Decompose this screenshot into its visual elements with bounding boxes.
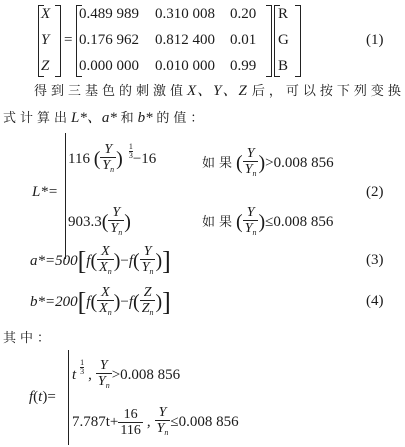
case-2: 7.787t+16116,YYn≤0.008 856	[72, 405, 239, 440]
matrix-cell: 0.000 000	[79, 58, 139, 75]
equation-number: (1)	[366, 32, 384, 49]
matrix-cell: 0.812 400	[155, 32, 215, 49]
matrix-cell: 0.310 008	[155, 6, 215, 23]
equals-sign: =	[64, 32, 72, 49]
equation-3: a*=500[f(XXn)−f(YYn)]	[30, 244, 171, 279]
where-label: 其中：	[3, 327, 54, 346]
f-t-lhs: ff(t)=(t)=	[29, 389, 56, 406]
matrix-right-bracket	[266, 5, 272, 77]
case-1-condition: 如果(YYn)>0.008 856	[202, 146, 334, 181]
matrix-cell: 0.01	[230, 32, 256, 49]
equation-4: b*=200[f(XXn)−f(ZZn)]	[30, 285, 171, 320]
case-1: t13,YYn>0.008 856	[72, 358, 180, 393]
vector-y: Y	[41, 32, 49, 49]
vector-b: B	[278, 58, 288, 75]
l-star-lhs: L*=	[32, 184, 58, 201]
equation-number: (2)	[366, 184, 384, 201]
case-2-condition: 如果(YYn)≤0.008 856	[202, 205, 333, 240]
equation-number: (4)	[366, 293, 384, 310]
vector-z: Z	[41, 58, 49, 75]
matrix-cell: 0.99	[230, 58, 256, 75]
rgb-right-bracket	[295, 5, 301, 77]
matrix-cell: 0.010 000	[155, 58, 215, 75]
right-bracket	[55, 5, 61, 77]
vector-r: R	[278, 6, 288, 23]
vector-g: G	[278, 32, 289, 49]
matrix-cell: 0.176 962	[79, 32, 139, 49]
vector-x: X	[41, 6, 50, 23]
equation-number: (3)	[366, 252, 384, 269]
matrix-cell: 0.489 989	[79, 6, 139, 23]
case-1: 116 (YYn)13−16	[68, 142, 156, 177]
matrix-cell: 0.20	[230, 6, 256, 23]
paragraph-line-2: 式计算出L*、a* 和b* 的值：	[3, 106, 207, 127]
case-2: 903.3(YYn)	[68, 205, 131, 240]
paragraph-line-1: 得到三基色的刺激值X、Y、Z后，可以按下列变换	[34, 79, 405, 100]
